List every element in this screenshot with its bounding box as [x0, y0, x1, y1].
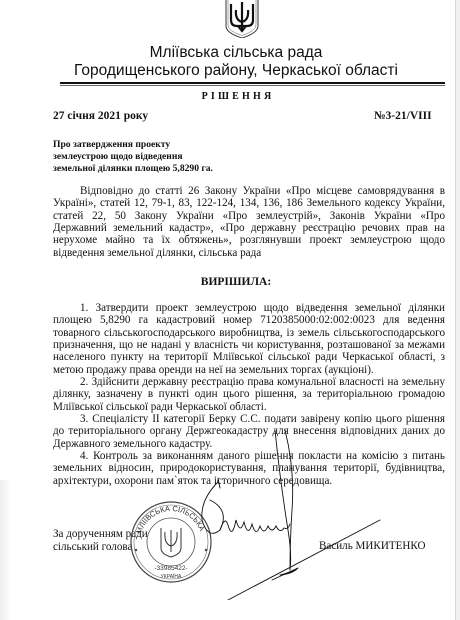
handwritten-signature [180, 430, 400, 600]
document-number: №3-21/VIII [374, 110, 432, 122]
document-subject: Про затвердження проекту землеустрою щод… [53, 139, 213, 175]
document-page: Мліївська сільська рада Городищенського … [0, 0, 455, 620]
document-type-title: РІШЕННЯ [0, 91, 460, 102]
subject-line: землеустрою щодо відведення [53, 151, 213, 163]
subject-line: Про затвердження проекту [53, 139, 213, 151]
header-divider-thin [60, 85, 445, 86]
ukraine-coat-of-arms-icon [221, 0, 263, 38]
district-region: Городищенського району, Черкаської облас… [6, 62, 460, 80]
resolution-item-1: 1. Затвердити проект землеустрою щодо ві… [53, 302, 445, 376]
subject-line: земельної ділянки площею 5,8290 га. [53, 163, 213, 175]
scan-shadow [0, 480, 12, 620]
page-edge [455, 0, 460, 620]
resolution-item-2: 2. Здійснити державну реєстрацію права к… [53, 376, 445, 413]
council-name: Мліївська сільська рада [6, 44, 460, 62]
stamp-country: УКРАЇНА [161, 573, 182, 580]
resolved-heading: ВИРІШИЛА: [0, 276, 460, 288]
document-date: 27 січня 2021 року [53, 110, 148, 122]
preamble: Відповідно до статті 26 Закону України «… [53, 185, 445, 259]
header-divider [60, 82, 445, 84]
preamble-text: Відповідно до статті 26 Закону України «… [53, 185, 445, 259]
